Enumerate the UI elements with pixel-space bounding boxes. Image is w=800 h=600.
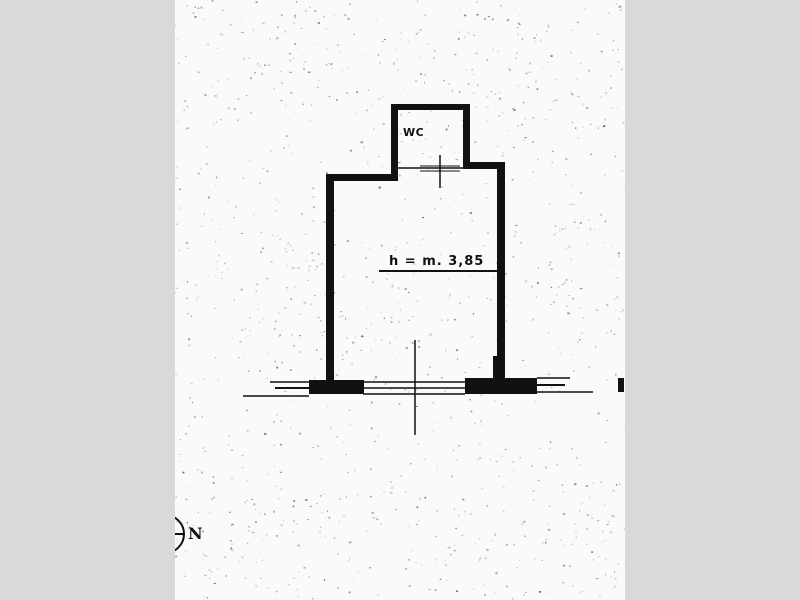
edge-mark <box>618 378 624 392</box>
wc-label: WC <box>403 126 424 139</box>
compass-icon <box>175 512 187 556</box>
ceiling-height-annotation: h = m. 3,85 <box>389 254 484 269</box>
floor-plan-sheet: WC h = m. 3,85 N <box>175 0 625 600</box>
compass-north-label: N <box>188 524 203 543</box>
front-wall <box>243 340 593 435</box>
floor-plan-drawing <box>175 0 625 600</box>
wc-room <box>391 104 470 188</box>
